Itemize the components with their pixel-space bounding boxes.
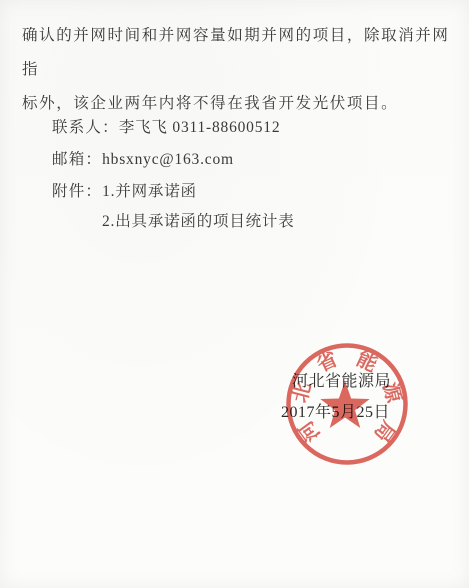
body-line-2: 标外，该企业两年内将不得在我省开发光伏项目。: [22, 87, 464, 121]
contact-label: 联系人：: [52, 119, 119, 136]
contact-value: 李飞飞 0311-88600512: [119, 119, 281, 136]
attachment-line-1: 附件：1.并网承诺函: [52, 181, 197, 203]
attachment-line-2: 2.出具承诺函的项目统计表: [102, 211, 295, 233]
seal-arc-char: 局: [369, 416, 399, 446]
contact-line: 联系人：李飞飞 0311-88600512: [52, 117, 280, 139]
email-label: 邮箱：: [52, 151, 102, 168]
email-value: hbsxnyc@163.com: [102, 151, 234, 168]
attachment-label: 附件：: [52, 183, 102, 200]
seal-arc-char: 能: [353, 346, 381, 376]
body-line-1: 确认的并网时间和并网容量如期并网的项目，除取消并网指: [22, 19, 464, 87]
seal-arc-char: 河: [294, 416, 324, 446]
official-seal: 河北省能源局: [277, 334, 417, 474]
attachment-item-1: 1.并网承诺函: [102, 183, 197, 200]
email-line: 邮箱：hbsxnyc@163.com: [52, 149, 234, 171]
seal-arc-char: 省: [313, 346, 341, 376]
document-page: 确认的并网时间和并网容量如期并网的项目，除取消并网指 标外，该企业两年内将不得在…: [0, 0, 469, 588]
body-paragraph: 确认的并网时间和并网容量如期并网的项目，除取消并网指 标外，该企业两年内将不得在…: [22, 19, 464, 121]
star-icon: [320, 381, 369, 428]
attachment-item-2: 2.出具承诺函的项目统计表: [102, 213, 295, 230]
seal-arc-char: 北: [288, 380, 315, 405]
